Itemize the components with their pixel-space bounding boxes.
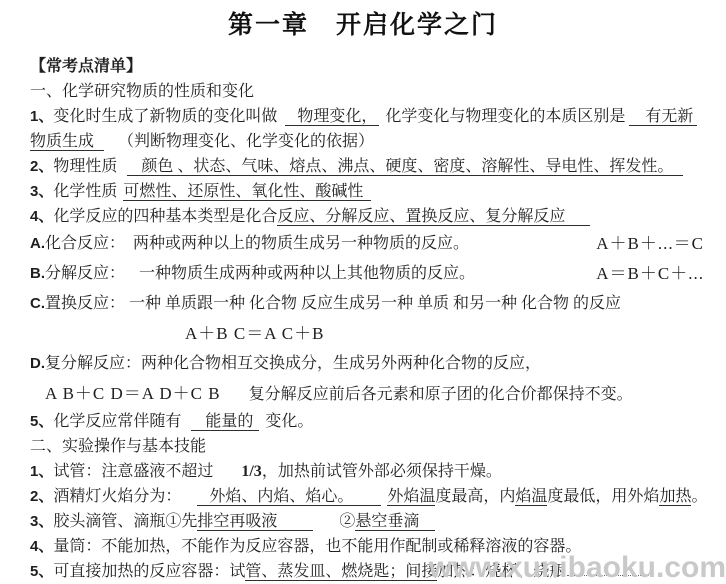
line-p1-q3: 3、化学性质可燃性、还原性、氧化性、酸碱性 — [30, 179, 704, 204]
term: 置换反应： — [45, 295, 125, 312]
question-text: （判断物理变化、化学变化的依据） — [118, 133, 374, 150]
definition: 两种或两种以上的物质生成另一种物质的反应。 — [133, 235, 469, 252]
watermark: www.xunibaoku.com — [429, 553, 726, 583]
answer-blank: 外焰、内焰、焰心。 — [197, 488, 381, 506]
question-text: 物理性质 — [53, 158, 117, 175]
term: 复分解反应： — [45, 355, 141, 372]
line-p1-q1a: 1、变化时生成了新物质的变化叫做物理变化，化学变化与物理变化的本质区别是有无新 — [30, 104, 704, 129]
item-letter: B. — [30, 265, 45, 282]
item-letter: C. — [30, 295, 45, 312]
question-text: 化学反应常伴随有 — [53, 413, 181, 430]
question-text: 度最高，内 — [435, 488, 515, 505]
term: 分解反应： — [45, 265, 125, 282]
definition: 一种 单质跟一种 化合物 反应生成另一种 单质 和另一种 化合物 的反应 — [129, 295, 621, 312]
item-letter: D. — [30, 355, 45, 372]
definition: 一种物质生成两种或两种以上其他物质的反应。 — [139, 265, 475, 282]
question-text: 变化。 — [265, 413, 313, 430]
line-p1-qd: D.复分解反应：两种化合物相互交换成分，生成另外两种化合物的反应， — [30, 349, 704, 379]
reaction-formula: A＋B＋...＝C — [596, 229, 704, 259]
line-p1-q5: 5、化学反应常伴随有能量的变化。 — [30, 409, 704, 434]
question-text: 度最低，用外焰 — [547, 488, 659, 505]
question-number: 5、 — [30, 413, 53, 430]
answer-blank: 物质生成 — [30, 133, 104, 151]
line-p1-qd-formula: A B＋C D＝A D＋C B复分解反应前后各元素和原子团的化合价都保持不变。 — [30, 379, 704, 409]
question-text: ② — [339, 513, 355, 530]
answer-blank: 悬空垂滴 — [355, 513, 435, 531]
question-text: 。 — [691, 488, 707, 505]
answer-blank: 颜色 、状态、气味、熔点、沸点、硬度、密度、溶解性、导电性、挥发性。 — [127, 158, 683, 176]
question-text: 化学反应的四种基本类型是化合 — [53, 208, 277, 225]
question-text: ，加热前试管外部必须保持干燥。 — [262, 463, 502, 480]
answer-blank: 物理变化， — [285, 108, 379, 126]
question-text: 可直接加热的反应容器：试 — [53, 563, 245, 580]
question-number: 2、 — [30, 488, 53, 505]
answer-blank: 排空再吸液 — [197, 513, 313, 531]
question-number: 1、 — [30, 463, 53, 480]
document-page: 第一章 开启化学之门 【常考点清单】 一、化学研究物质的性质和变化 1、变化时生… — [0, 0, 726, 584]
answer-blank: 能量的 — [191, 413, 259, 431]
question-number: 4、 — [30, 208, 53, 225]
note-text: 复分解反应前后各元素和原子团的化合价都保持不变。 — [249, 386, 633, 403]
question-text: 化学变化与物理变化的本质区别是 — [385, 108, 625, 125]
question-number: 3、 — [30, 183, 53, 200]
line-p2-q3: 3、胶头滴管、滴瓶①先排空再吸液②悬空垂滴 — [30, 509, 704, 534]
line-p1-qa: A.化合反应：两种或两种以上的物质生成另一种物质的反应。 A＋B＋...＝C — [30, 229, 704, 259]
page-title: 第一章 开启化学之门 — [0, 0, 726, 44]
line-p1-q2: 2、物理性质颜色 、状态、气味、熔点、沸点、硬度、密度、溶解性、导电性、挥发性。 — [30, 154, 704, 179]
list-header: 【常考点清单】 — [30, 54, 704, 79]
line-p1-q4: 4、化学反应的四种基本类型是化合反应、分解反应、置换反应、复分解反应 — [30, 204, 704, 229]
definition-text: A.化合反应：两种或两种以上的物质生成另一种物质的反应。 — [30, 229, 469, 259]
line-p1-qc-formula: A＋B C＝A C＋B — [30, 319, 704, 349]
line-p2-q2: 2、酒精灯火焰分为：外焰、内焰、焰心。外焰温度最高，内焰温度最低，用外焰加热。 — [30, 484, 704, 509]
reaction-formula: A B＋C D＝A D＋C B — [45, 384, 221, 403]
answer-blank: 可燃性、还原性、氧化性、酸碱性 — [123, 183, 371, 201]
answer-underline: 焰温 — [515, 488, 547, 506]
line-p2-q1: 1、试管：注意盛液不超过1/3，加热前试管外部必须保持干燥。 — [30, 459, 704, 484]
question-number: 1、 — [30, 108, 53, 125]
item-letter: A. — [30, 235, 45, 252]
definition: 两种化合物相互交换成分，生成另外两种化合物的反应， — [141, 355, 541, 372]
question-number: 4、 — [30, 538, 53, 555]
definition-text: B.分解反应：一种物质生成两种或两种以上其他物质的反应。 — [30, 259, 475, 289]
question-text: 酒精灯火焰分为： — [53, 488, 181, 505]
reaction-formula: A＝B＋C＋... — [596, 259, 704, 289]
answer-blank: 有无新 — [629, 108, 697, 126]
question-number: 2、 — [30, 158, 53, 175]
question-number: 5、 — [30, 563, 53, 580]
document-body: 【常考点清单】 一、化学研究物质的性质和变化 1、变化时生成了新物质的变化叫做物… — [0, 54, 726, 584]
fraction-value: 1/3 — [241, 463, 261, 480]
answer-underline: 外焰温 — [387, 488, 435, 506]
question-text: 化学性质 — [53, 183, 117, 200]
question-number: 3、 — [30, 513, 53, 530]
answer-blank: 反应、分解反应、置换反应、复分解反应 — [277, 208, 590, 226]
line-p1-q1b: 物质生成（判断物理变化、化学变化的依据） — [30, 129, 704, 154]
question-text: 试管：注意盛液不超过 — [53, 463, 213, 480]
reaction-types-block: A.化合反应：两种或两种以上的物质生成另一种物质的反应。 A＋B＋...＝C B… — [30, 229, 704, 409]
part1-heading: 一、化学研究物质的性质和变化 — [30, 79, 704, 104]
answer-underline: 加热 — [659, 488, 691, 506]
question-text: 胶头滴管、滴瓶①先 — [53, 513, 197, 530]
line-p1-qb: B.分解反应：一种物质生成两种或两种以上其他物质的反应。 A＝B＋C＋... — [30, 259, 704, 289]
reaction-formula: A＋B C＝A C＋B — [185, 324, 324, 343]
part2-heading: 二、实验操作与基本技能 — [30, 434, 704, 459]
answer-underline: 管、蒸发皿、燃烧匙；间接 — [245, 563, 437, 581]
question-text: 变化时生成了新物质的变化叫做 — [53, 108, 277, 125]
line-p1-qc: C.置换反应：一种 单质跟一种 化合物 反应生成另一种 单质 和另一种 化合物 … — [30, 289, 704, 319]
term: 化合反应： — [45, 235, 125, 252]
